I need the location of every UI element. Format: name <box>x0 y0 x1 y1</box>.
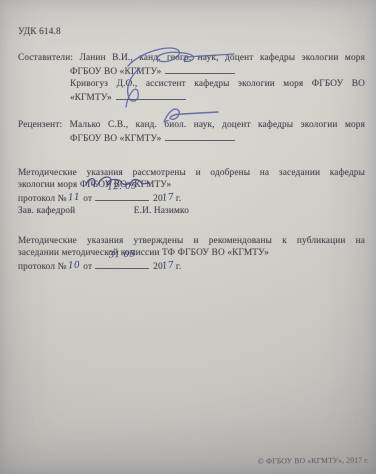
dept-head-label: Зав. кафедрой <box>18 206 75 216</box>
year-suffix-2: г. <box>176 262 181 272</box>
udc-code: УДК 614.8 <box>18 26 365 38</box>
compilers-block: Составители: Ланин В.И., канд. геогр. на… <box>18 52 365 104</box>
department-approval-block: Методические указания рассмотрены и одоб… <box>18 167 365 217</box>
date-blank-line-2: 31 05 <box>95 259 149 269</box>
document-sheet: УДК 614.8 Составители: Ланин В.И., канд.… <box>0 0 376 474</box>
reviewer-block: Рецензент: Малько С.В., канд. биол. наук… <box>18 119 365 145</box>
protocol-label-2: протокол № <box>18 262 67 272</box>
compilers-line-4: «КГМТУ» <box>18 90 365 104</box>
from-label: от <box>83 194 92 204</box>
compiler-1-org: ФГБОУ ВО «КГМТУ» <box>70 67 161 77</box>
dept-head-line: Зав. кафедрой Е.И. Назимко <box>18 205 365 217</box>
date-handwritten-2: 31 05 <box>95 248 149 262</box>
year-handwritten-2: 17 <box>161 260 174 273</box>
commission-approval-block: Методические указания утверждены и реком… <box>18 235 365 273</box>
signature-line-reviewer <box>165 131 235 141</box>
dept-approval-line-2: экологии моря ФГБОУ ВО «КГМТУ» <box>18 179 365 191</box>
compilers-label: Составители: <box>18 53 73 63</box>
protocol-label: протокол № <box>18 194 67 204</box>
from-label-2: от <box>83 262 92 272</box>
date-handwritten: 12. 05 <box>95 180 149 194</box>
comm-protocol-line: протокол №10 от31 052017г. <box>18 259 365 273</box>
compilers-line-2: ФГБОУ ВО «КГМТУ» <box>18 64 365 78</box>
dept-head-name: Е.И. Назимко <box>134 206 189 216</box>
reviewer-line-2: ФГБОУ ВО «КГМТУ» <box>18 131 365 145</box>
compiler-1-text: Ланин В.И., канд. геогр. наук, доцент ка… <box>80 53 365 63</box>
protocol-number-handwritten: 11 <box>67 192 80 205</box>
date-blank-line: 12. 05 <box>95 191 149 201</box>
dept-approval-line-1: Методические указания рассмотрены и одоб… <box>18 167 365 179</box>
reviewer-line-1: Рецензент: Малько С.В., канд. биол. наук… <box>18 119 365 131</box>
dept-protocol-line: протокол №11 от12. 052017г. <box>18 191 365 205</box>
comm-approval-line-1: Методические указания утверждены и реком… <box>18 235 365 247</box>
reviewer-text: Малько С.В., канд. биол. наук, доцент ка… <box>70 120 365 130</box>
comm-approval-line-2: заседании методической комиссии ТФ ФГБОУ… <box>18 247 365 259</box>
scanned-page-photo: УДК 614.8 Составители: Ланин В.И., канд.… <box>0 0 376 474</box>
year-handwritten: 17 <box>161 192 174 205</box>
signature-line-compiler-2 <box>116 90 186 100</box>
protocol-number-handwritten-2: 10 <box>67 260 80 273</box>
year-suffix: г. <box>176 194 181 204</box>
compilers-line-3: Кривогуз Д.О., ассистент кафедры экологи… <box>18 78 365 90</box>
compilers-line-1: Составители: Ланин В.И., канд. геогр. на… <box>18 52 365 64</box>
compiler-2-text: Кривогуз Д.О., ассистент кафедры экологи… <box>70 79 365 89</box>
reviewer-org: ФГБОУ ВО «КГМТУ» <box>70 134 161 144</box>
copyright-footer: © ФГБОУ ВО «КГМТУ», 2017 г. <box>258 455 369 465</box>
compiler-2-org: «КГМТУ» <box>70 93 112 103</box>
signature-line-compiler-1 <box>165 64 235 74</box>
reviewer-label: Рецензент: <box>18 120 62 130</box>
